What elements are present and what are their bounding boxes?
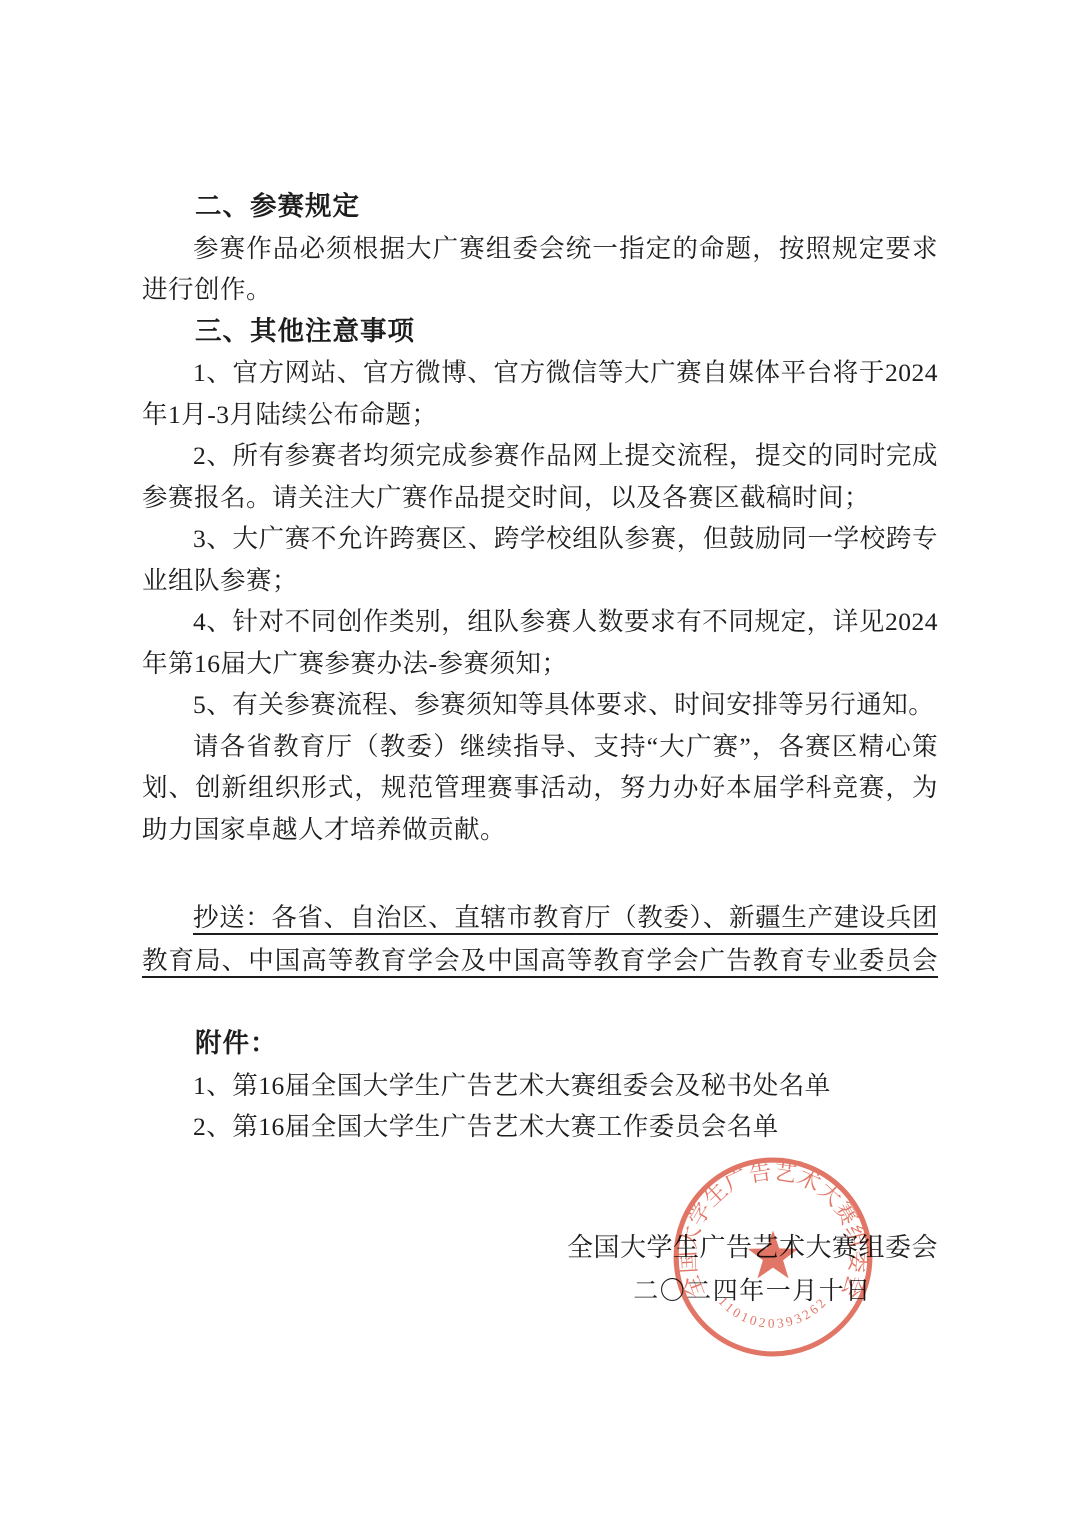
paragraph-note-2: 2、所有参赛者均须完成参赛作品网上提交流程，提交的同时完成参赛报名。请关注大广赛… bbox=[142, 435, 938, 518]
signature-organization: 全国大学生广告艺术大赛组委会 bbox=[567, 1226, 938, 1270]
signature-date: 二〇二四年一月十日 bbox=[633, 1270, 872, 1314]
attachment-item-1: 1、第16届全国大学生广告艺术大赛组委会及秘书处名单 bbox=[142, 1065, 938, 1107]
document-page: 二、参赛规定 参赛作品必须根据大广赛组委会统一指定的命题，按照规定要求进行创作。… bbox=[0, 0, 1080, 1527]
paragraph-note-3: 3、大广赛不允许跨赛区、跨学校组队参赛，但鼓励同一学校跨专业组队参赛； bbox=[142, 518, 938, 601]
document-body: 二、参赛规定 参赛作品必须根据大广赛组委会统一指定的命题，按照规定要求进行创作。… bbox=[142, 186, 938, 1148]
section-heading-2: 二、参赛规定 bbox=[142, 186, 938, 228]
attachments-heading: 附件： bbox=[142, 1023, 938, 1065]
section-heading-3: 三、其他注意事项 bbox=[142, 311, 938, 353]
attachment-item-2: 2、第16届全国大学生广告艺术大赛工作委员会名单 bbox=[142, 1106, 938, 1148]
paragraph-closing: 请各省教育厅（教委）继续指导、支持“大广赛”，各赛区精心策划、创新组织形式，规范… bbox=[142, 726, 938, 851]
cc-note: 抄送：各省、自治区、直辖市教育厅（教委）、新疆生产建设兵团教育局、中国高等教育学… bbox=[142, 897, 938, 982]
paragraph-note-4: 4、针对不同创作类别，组队参赛人数要求有不同规定，详见2024年第16届大广赛参… bbox=[142, 601, 938, 684]
signature-block: 全国大学生广告艺术大赛组委会 二〇二四年一月十日 bbox=[567, 1226, 938, 1314]
paragraph-note-1: 1、官方网站、官方微博、官方微信等大广赛自媒体平台将于2024年1月-3月陆续公… bbox=[142, 352, 938, 435]
paragraph-note-5: 5、有关参赛流程、参赛须知等具体要求、时间安排等另行通知。 bbox=[142, 684, 938, 726]
attachments-section: 附件： 1、第16届全国大学生广告艺术大赛组委会及秘书处名单 2、第16届全国大… bbox=[142, 1023, 938, 1148]
paragraph-rules: 参赛作品必须根据大广赛组委会统一指定的命题，按照规定要求进行创作。 bbox=[142, 228, 938, 311]
